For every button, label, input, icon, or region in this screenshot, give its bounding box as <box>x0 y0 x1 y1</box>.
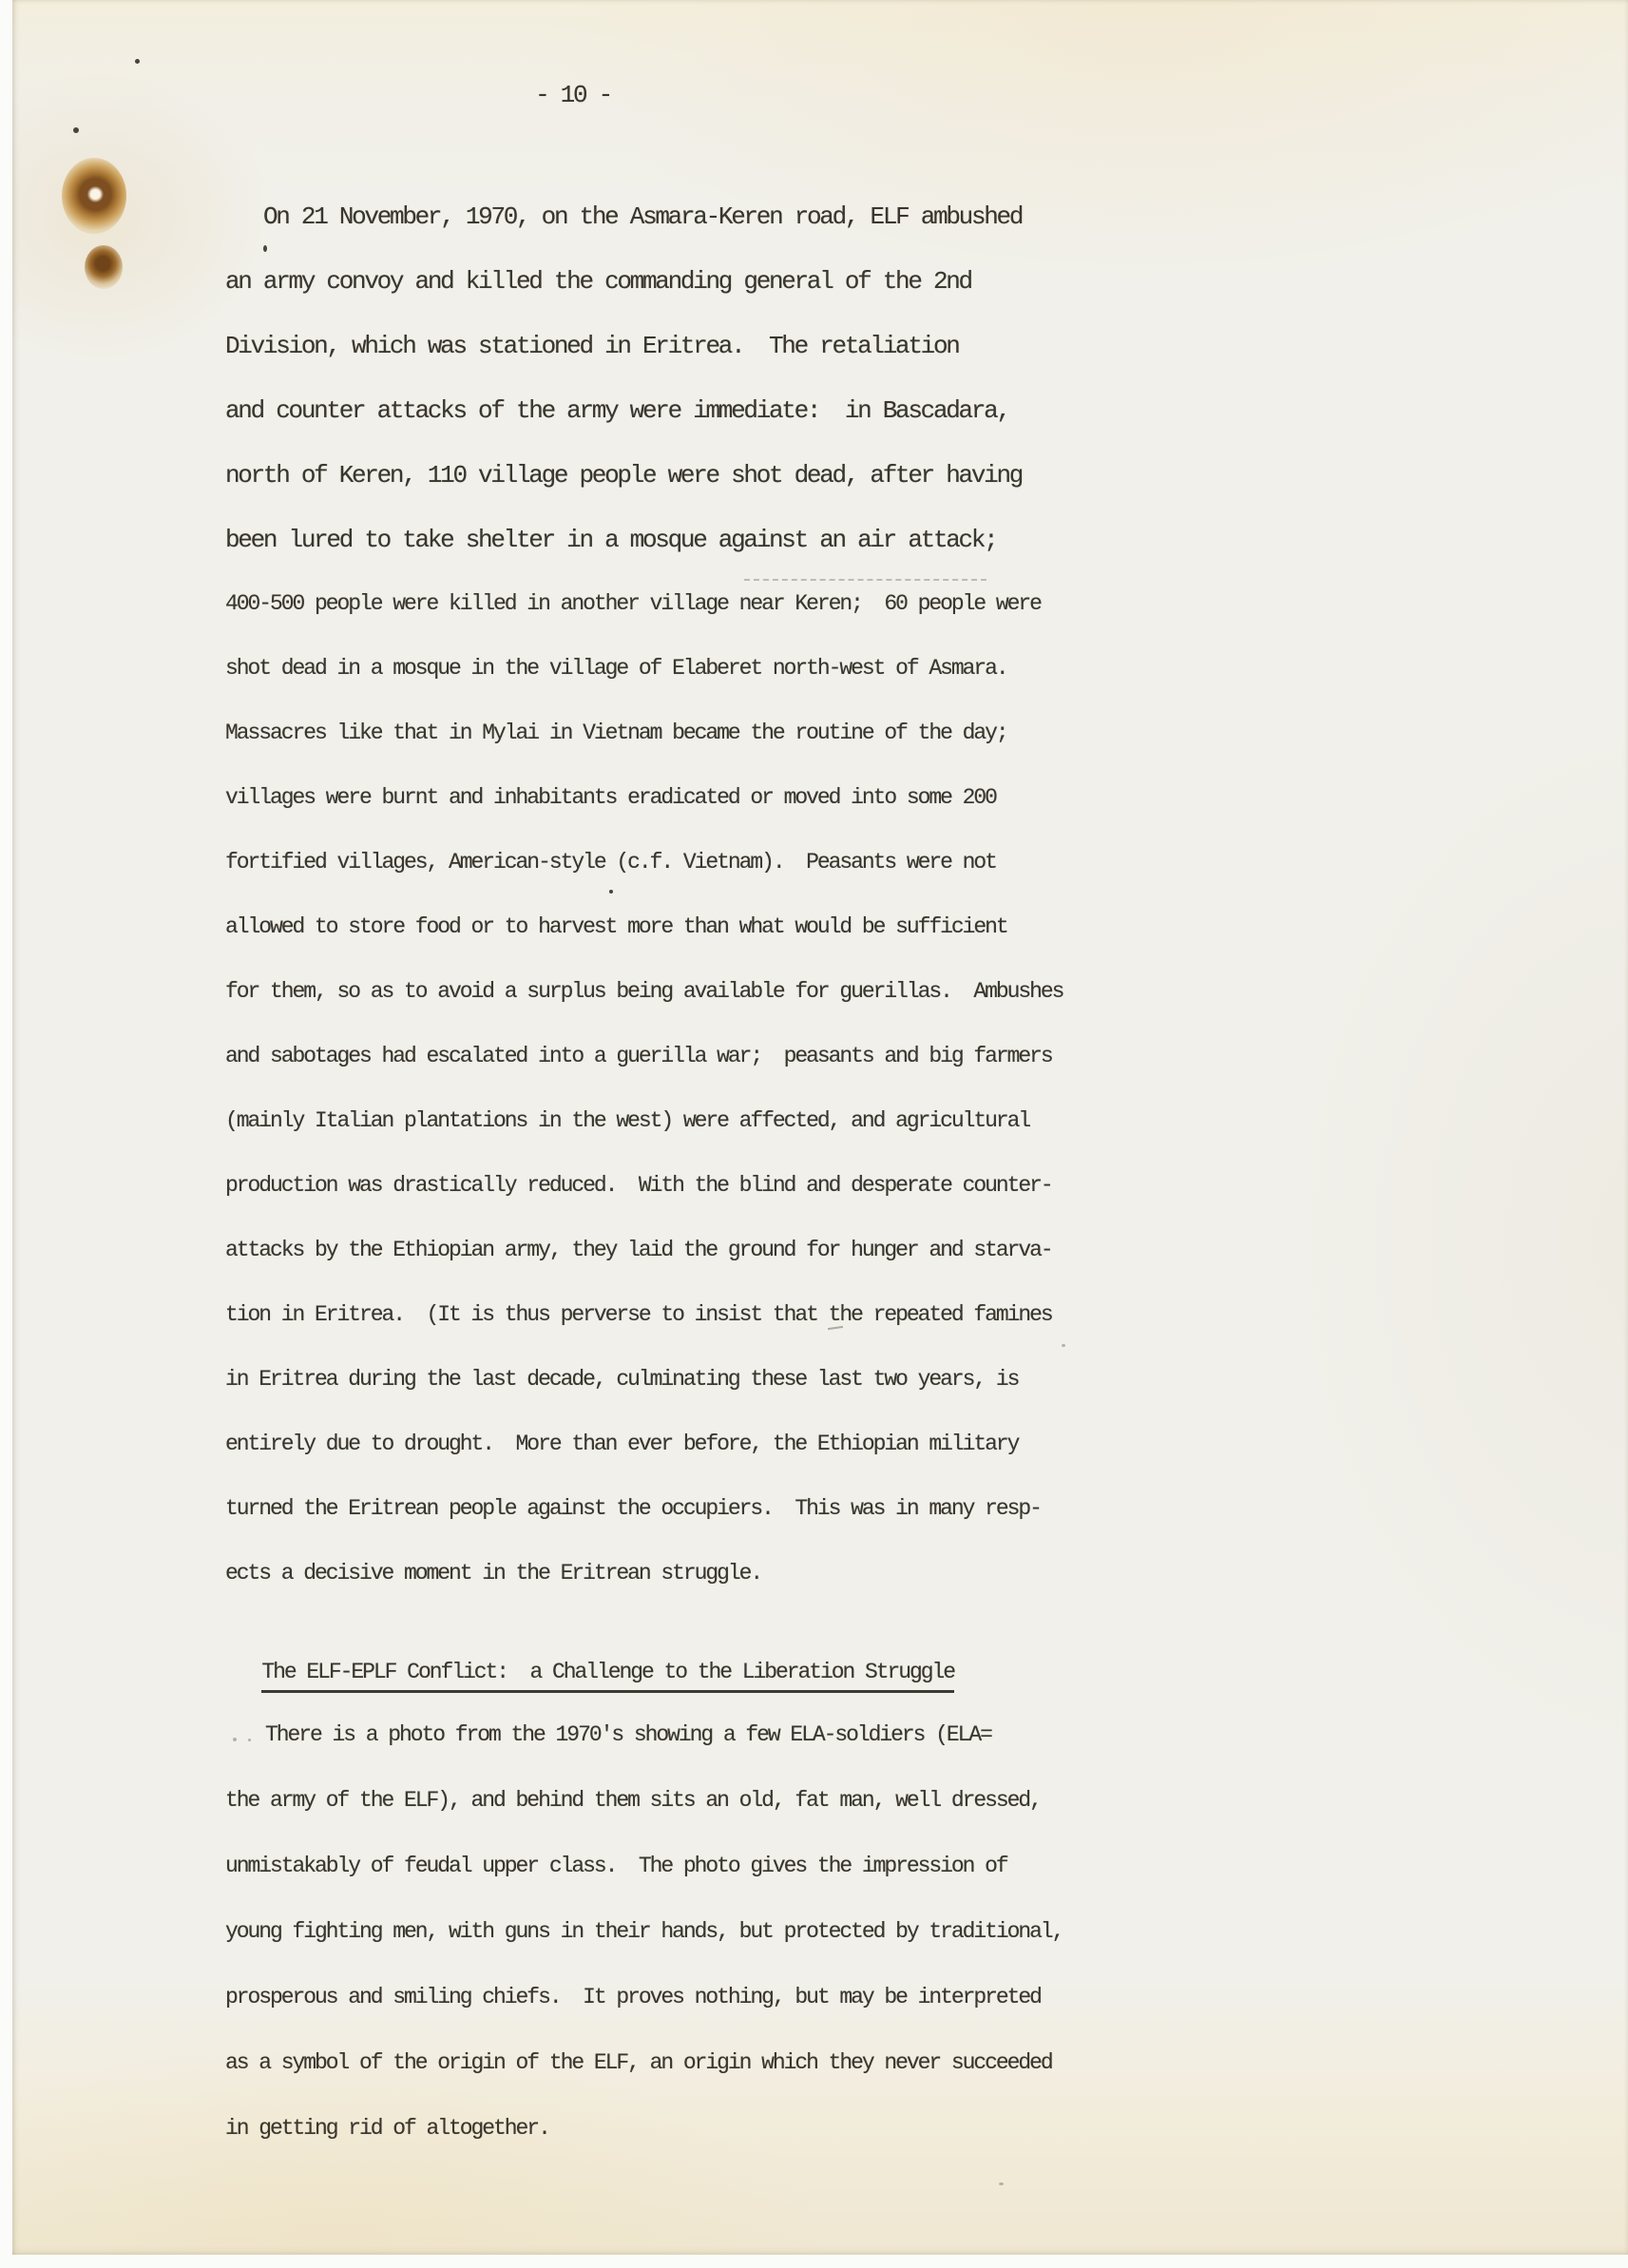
typewritten-line: Division, which was stationed in Eritrea… <box>225 333 959 361</box>
typewritten-line: fortified villages, American-style (c.f.… <box>225 850 996 875</box>
typewritten-line: and sabotages had escalated into a gueri… <box>225 1044 1052 1068</box>
page-number: - 10 - <box>12 82 1134 110</box>
typewritten-line: an army convoy and killed the commanding… <box>225 268 971 297</box>
typewritten-line: north of Keren, 110 village people were … <box>225 462 1022 490</box>
rust-stain <box>62 158 126 234</box>
typewritten-line: (mainly Italian plantations in the west)… <box>225 1108 1029 1133</box>
faint-dot <box>999 2182 1004 2185</box>
typewritten-line: and counter attacks of the army were imm… <box>225 397 1009 426</box>
typewritten-line: in getting rid of altogether. <box>225 2116 549 2141</box>
typewritten-line: entirely due to drought. More than ever … <box>225 1432 1018 1456</box>
typewritten-line: shot dead in a mosque in the village of … <box>225 656 1007 681</box>
rust-stain <box>85 245 123 289</box>
typewritten-line: 400-500 people were killed in another vi… <box>225 591 1041 616</box>
scanned-page: - 10 - On 21 November, 1970, on the Asma… <box>12 0 1628 2255</box>
typewritten-line: Massacres like that in Mylai in Vietnam … <box>225 721 1007 745</box>
typewritten-line: attacks by the Ethiopian army, they laid… <box>225 1238 1052 1262</box>
faint-dot <box>248 1739 251 1741</box>
faint-dot <box>233 1738 237 1741</box>
ink-speck <box>609 890 613 894</box>
section-heading: The ELF-EPLF Conflict: a Challenge to th… <box>225 1643 954 1702</box>
typewritten-line: turned the Eritrean people against the o… <box>225 1496 1041 1521</box>
erasure-mark <box>744 579 986 581</box>
typewritten-line: prosperous and smiling chiefs. It proves… <box>225 1985 1041 2009</box>
typewritten-line: the army of the ELF), and behind them si… <box>225 1788 1041 1813</box>
typewritten-line: production was drastically reduced. With… <box>225 1173 1052 1198</box>
ink-speck <box>135 59 140 64</box>
typewritten-line: been lured to take shelter in a mosque a… <box>225 527 996 555</box>
typewritten-line: On 21 November, 1970, on the Asmara-Kere… <box>263 203 1022 232</box>
scanner-edge <box>0 0 12 2268</box>
typewritten-line: young fighting men, with guns in their h… <box>225 1919 1063 1944</box>
typewritten-line: as a symbol of the origin of the ELF, an… <box>225 2050 1052 2075</box>
typewritten-line: allowed to store food or to harvest more… <box>225 914 1007 939</box>
typewritten-line: ects a decisive moment in the Eritrean s… <box>225 1561 761 1586</box>
typewritten-line: villages were burnt and inhabitants erad… <box>225 785 996 810</box>
section-heading-text: The ELF-EPLF Conflict: a Challenge to th… <box>261 1660 954 1693</box>
typewritten-line: tion in Eritrea. (It is thus perverse to… <box>225 1302 1052 1327</box>
ink-speck <box>263 245 267 252</box>
typewritten-line: for them, so as to avoid a surplus being… <box>225 979 1063 1004</box>
ink-speck <box>73 127 79 133</box>
typewritten-line: unmistakably of feudal upper class. The … <box>225 1854 1007 1878</box>
typewritten-line: There is a photo from the 1970's showing… <box>265 1722 991 1747</box>
faint-dot <box>1062 1344 1065 1347</box>
typewritten-line: in Eritrea during the last decade, culmi… <box>225 1367 1018 1392</box>
scanner-edge <box>0 2255 1628 2268</box>
